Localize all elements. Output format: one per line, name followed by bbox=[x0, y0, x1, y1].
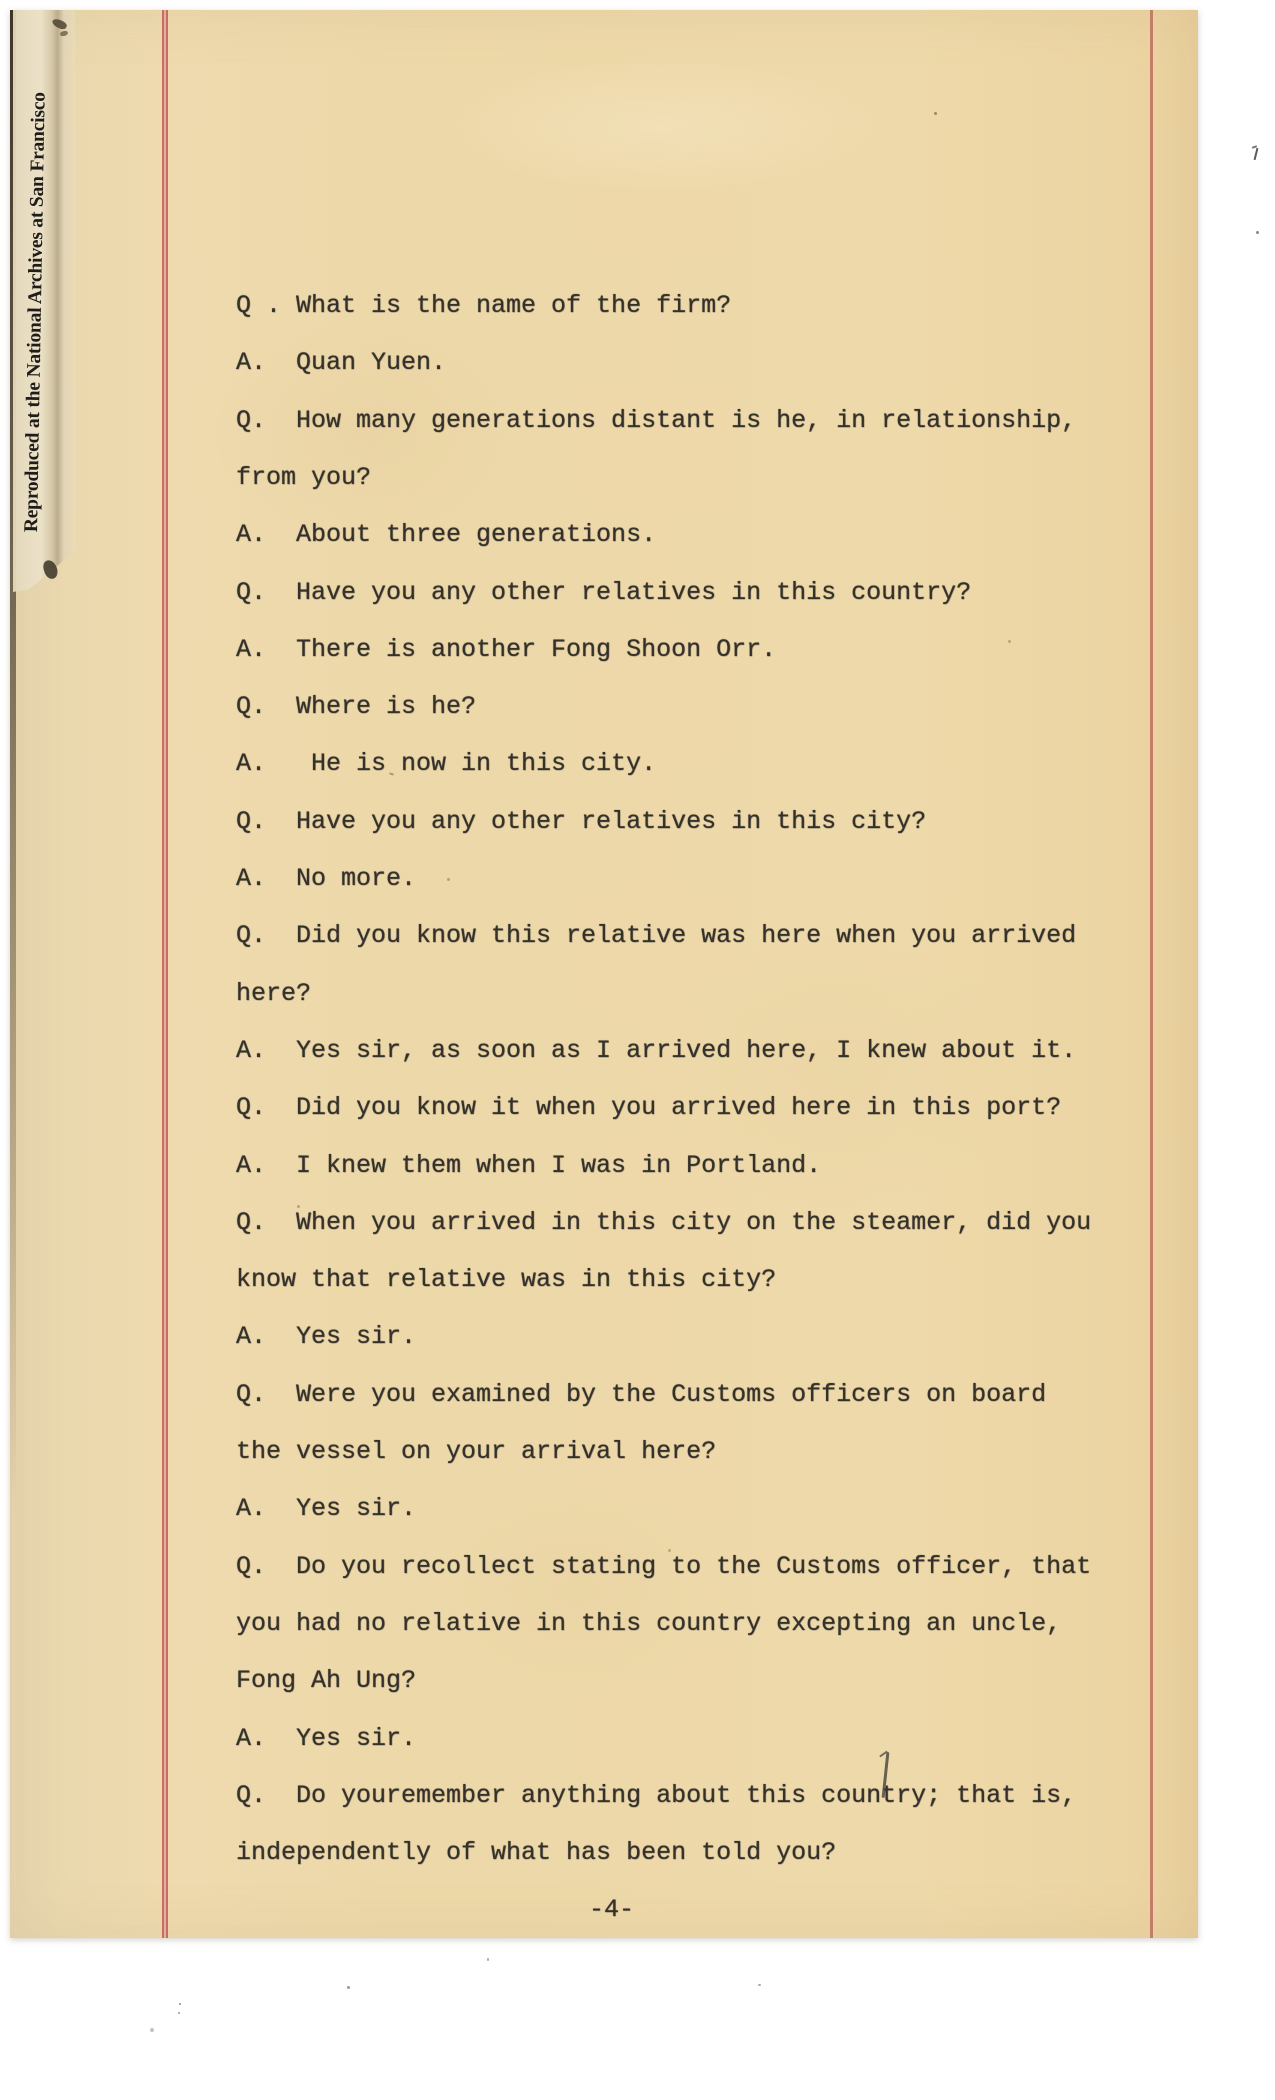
paper-speck bbox=[758, 1984, 761, 1986]
margin-mark bbox=[1252, 145, 1257, 149]
document-page bbox=[10, 10, 1198, 1938]
paper-speck bbox=[150, 2028, 154, 2032]
paper-speck bbox=[347, 1986, 350, 1989]
paper-speck bbox=[179, 2003, 181, 2005]
paper-speck bbox=[487, 1958, 489, 1961]
margin-mark bbox=[1254, 148, 1259, 160]
right-margin-rule bbox=[1150, 10, 1153, 1938]
page-number: -4- bbox=[589, 1896, 634, 1924]
margin-mark bbox=[1256, 231, 1259, 234]
left-margin-rule bbox=[162, 10, 168, 1938]
paper-speck bbox=[178, 2012, 180, 2014]
scanned-document-canvas: Reproduced at the National Archives at S… bbox=[0, 0, 1275, 2100]
